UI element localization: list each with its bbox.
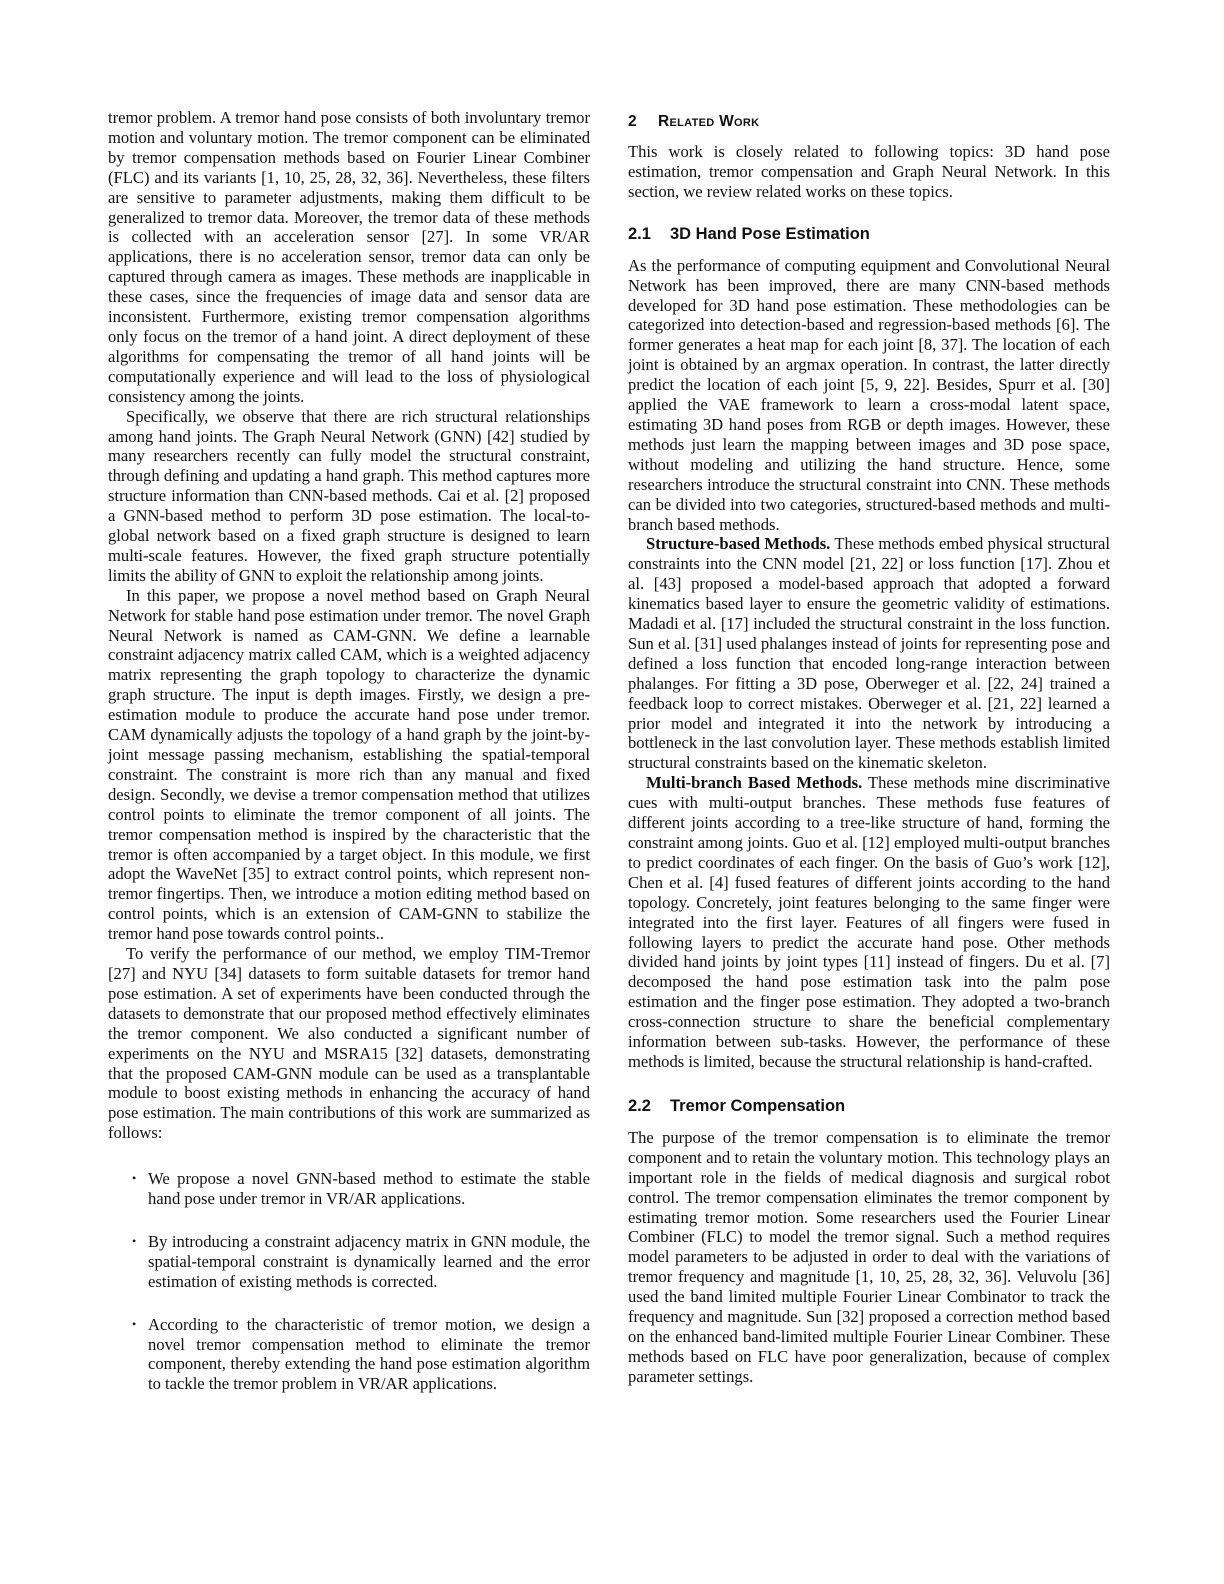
section-title: Related Work [658,113,759,130]
subsection-heading-tremor-compensation: 2.2Tremor Compensation [628,1096,1110,1116]
paragraph-structure-based: Structure-based Methods. These methods e… [628,534,1110,773]
left-column: tremor problem. A tremor hand pose consi… [108,108,590,1417]
multi-branch-text: These methods mine discrimi­native cues … [628,773,1110,1071]
contribution-item: We propose a novel GNN-based method to e… [108,1169,590,1209]
paragraph-hand-pose-overview: As the performance of computing equipmen… [628,256,1110,535]
contribution-item: According to the characteristic of tremo… [108,1315,590,1395]
paragraph-tremor-compensation: The purpose of the tremor compensation i… [628,1128,1110,1387]
subsection-title: Tremor Compensation [670,1097,845,1115]
contribution-item: By introducing a constraint adjacency ma… [108,1232,590,1292]
related-work-intro: This work is closely related to followin… [628,142,1110,202]
structure-based-text: These methods embed physical structural … [628,534,1110,772]
section-number: 2 [628,112,658,132]
subsection-number: 2.2 [628,1096,670,1116]
subsection-number: 2.1 [628,224,670,244]
paragraph-intro-continued: tremor problem. A tremor hand pose consi… [108,108,590,407]
paragraph-experiments: To verify the performance of our method,… [108,944,590,1143]
subsection-heading-hand-pose: 2.13D Hand Pose Estimation [628,224,1110,244]
subsection-title: 3D Hand Pose Estimation [670,225,870,243]
right-column: 2Related Work This work is closely relat… [628,108,1110,1387]
contributions-list: We propose a novel GNN-based method to e… [108,1169,590,1394]
run-in-heading-multibranch: Multi-branch Based Methods. [646,773,862,792]
section-heading-related-work: 2Related Work [628,112,1110,132]
paragraph-gnn-motivation: Specifically, we observe that there are … [108,407,590,586]
paragraph-multi-branch: Multi-branch Based Methods. These method… [628,773,1110,1072]
paragraph-proposed-method: In this paper, we propose a novel method… [108,586,590,944]
run-in-heading-structure: Structure-based Methods. [646,534,830,553]
